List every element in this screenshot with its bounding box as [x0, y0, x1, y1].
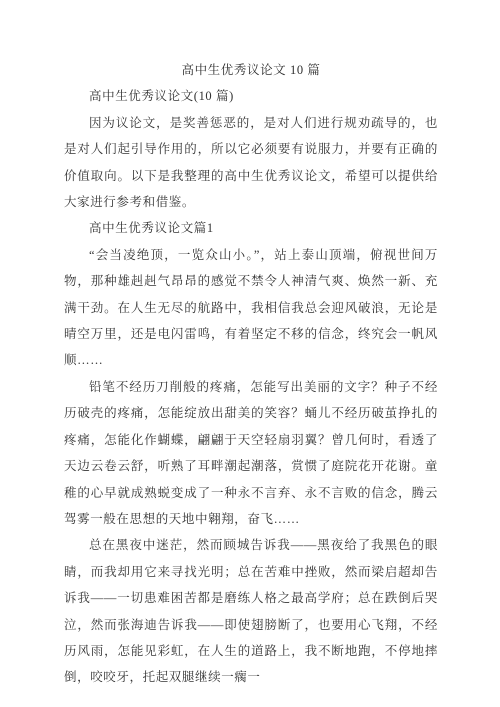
document-body: 高中生优秀议论文(10 篇)因为议论文，是奖善惩恶的，是对人们进行规劝疏导的，也… — [64, 83, 438, 690]
document-title: 高中生优秀议论文 10 篇 — [64, 57, 438, 83]
paragraph: 总在黑夜中迷茫，然而顾城告诉我——黑夜给了我黑色的眼睛，而我却用它来寻找光明；总… — [64, 532, 438, 690]
paragraph: 高中生优秀议论文(10 篇) — [64, 83, 438, 109]
paragraph: “会当凌绝顶，一览众山小。”，站上泰山顶端，俯视世间万物，那种雄赳赳气昂昂的感觉… — [64, 242, 438, 374]
paragraph: 因为议论文，是奖善惩恶的，是对人们进行规劝疏导的，也是对人们起引导作用的，所以它… — [64, 110, 438, 216]
paragraph: 铅笔不经历刀削般的疼痛，怎能写出美丽的文字？种子不经历破壳的疼痛，怎能绽放出甜美… — [64, 374, 438, 532]
document-page: 高中生优秀议论文 10 篇 高中生优秀议论文(10 篇)因为议论文，是奖善惩恶的… — [0, 0, 500, 707]
paragraph: 高中生优秀议论文篇1 — [64, 215, 438, 241]
